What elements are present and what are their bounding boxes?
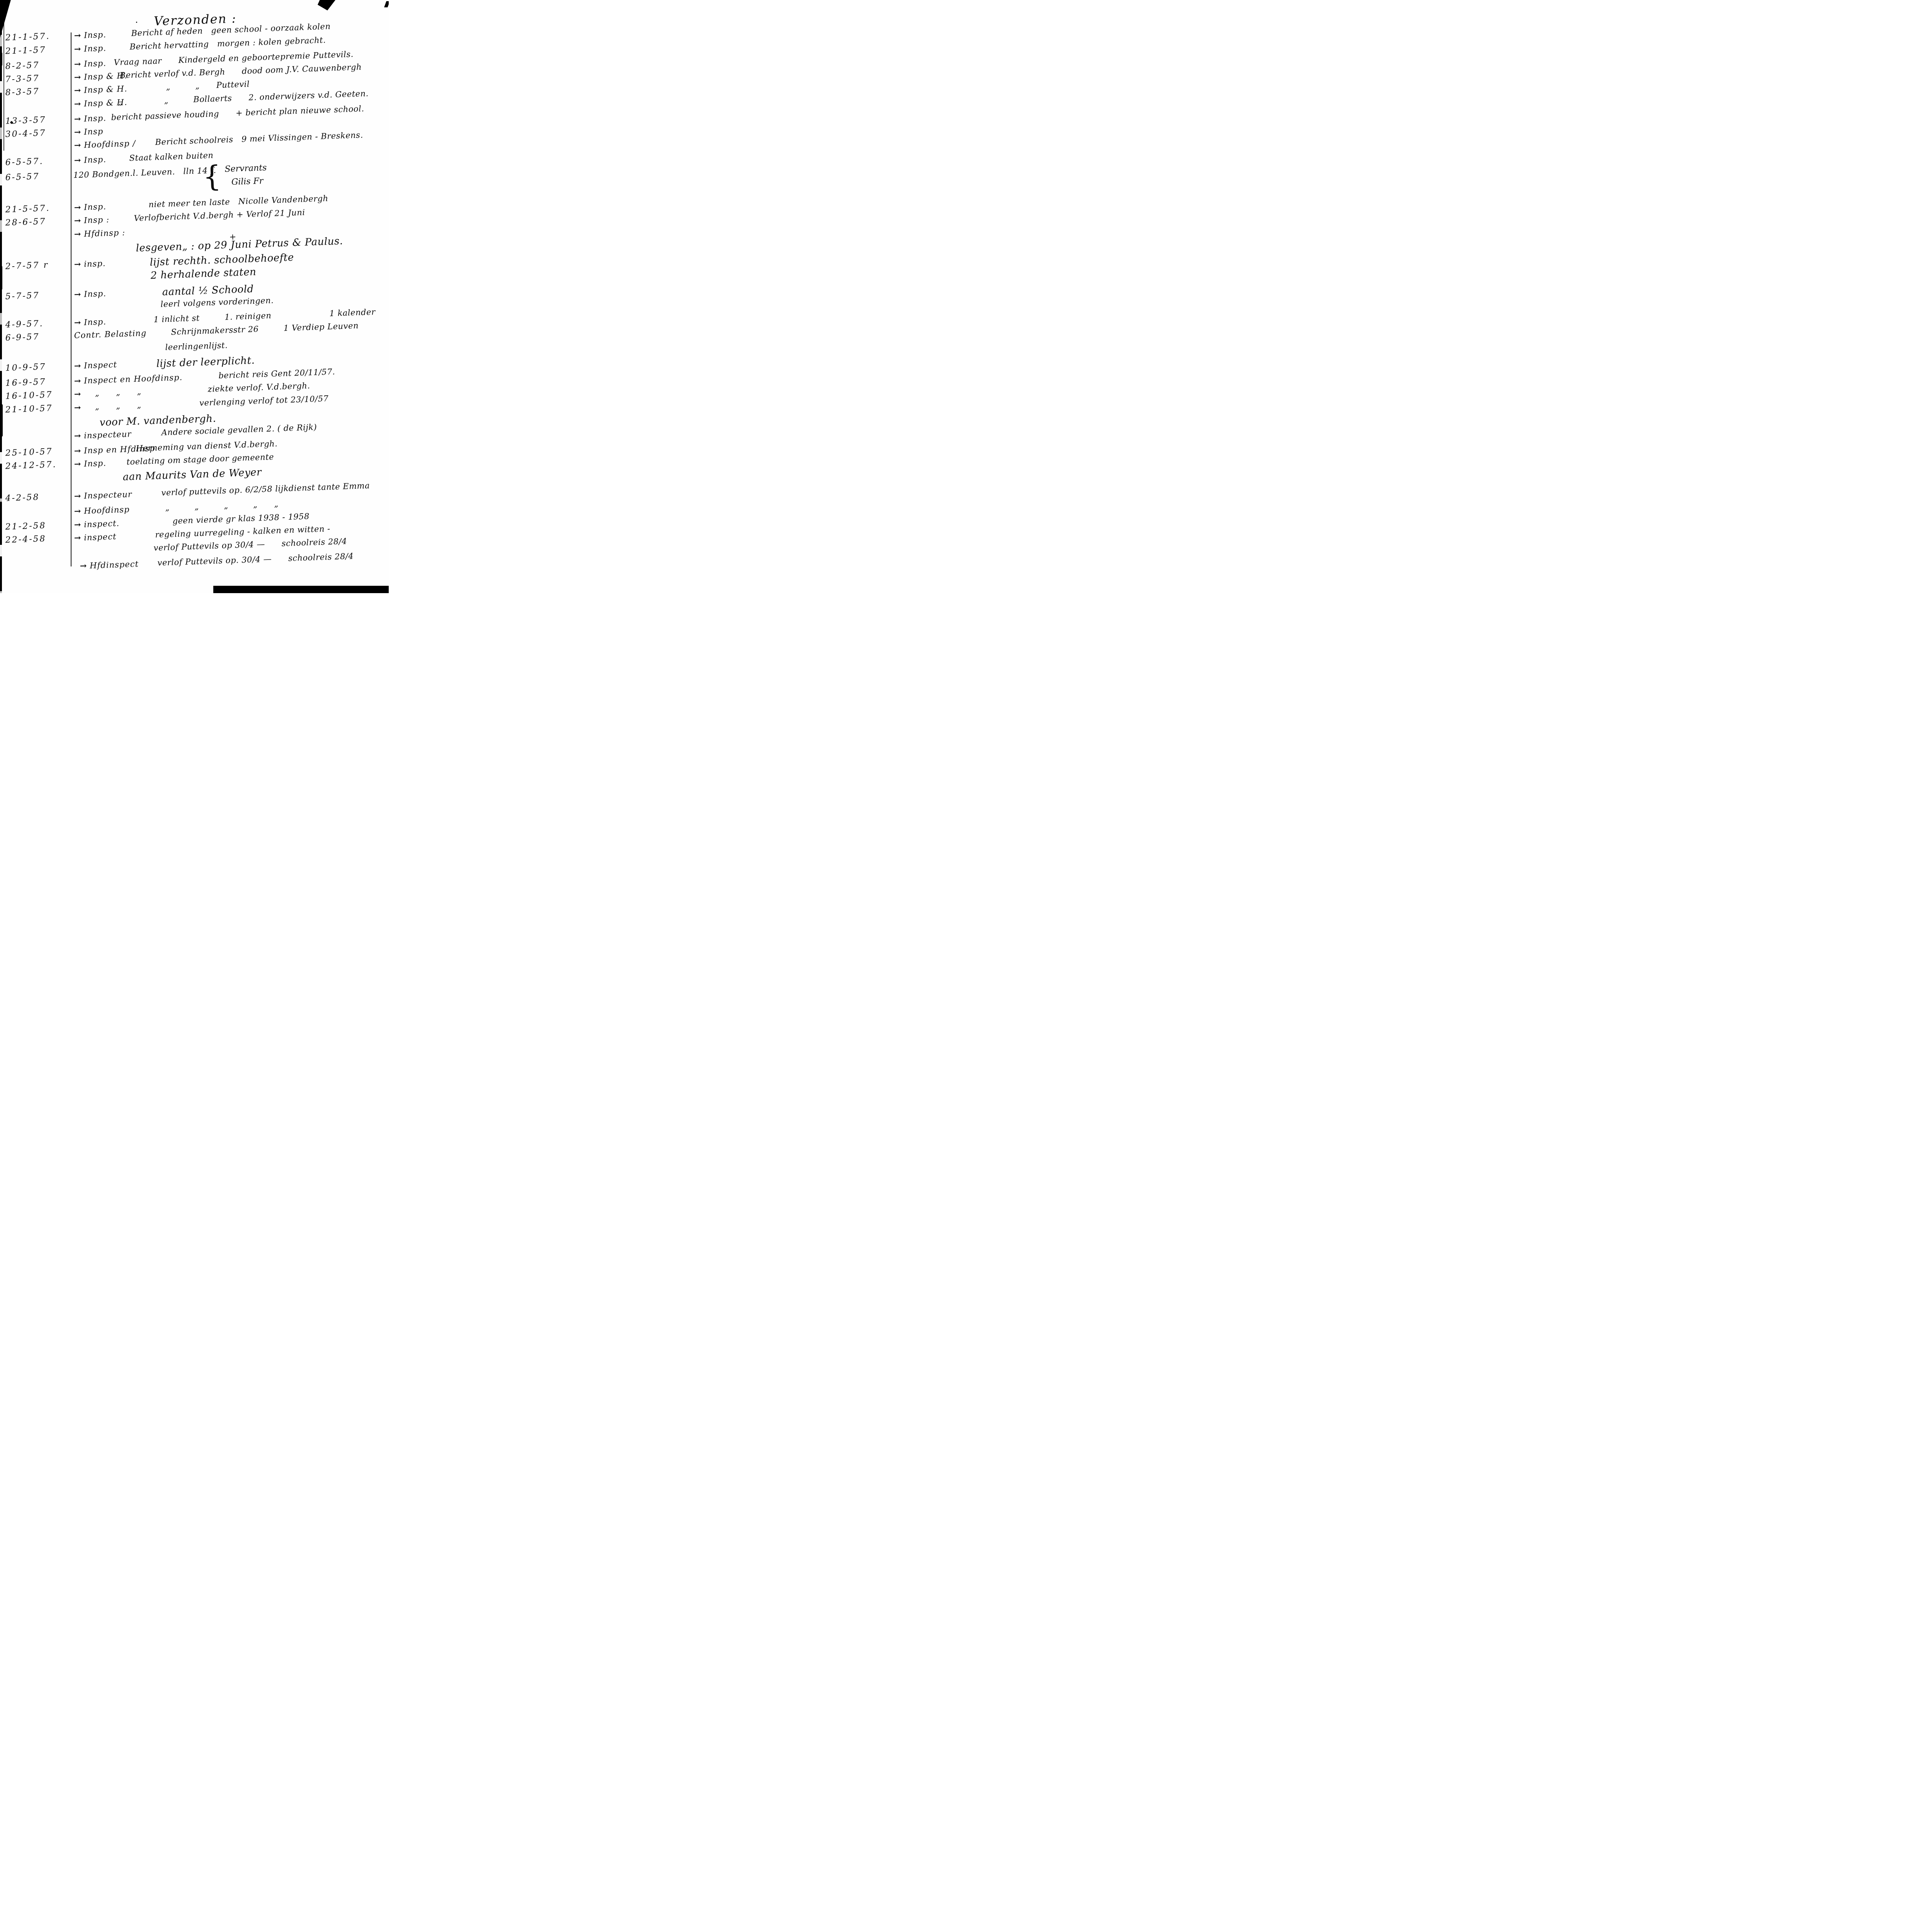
brace-group: {ServrantsGilis Fr: [202, 162, 267, 190]
arrow-icon: →: [74, 259, 81, 269]
entry-date: 5-7-57: [5, 291, 40, 301]
entry-addressee: →Insp.: [74, 58, 106, 69]
entry-date: 30-4-57: [5, 128, 46, 139]
ink-speck: [136, 22, 137, 23]
arrow-icon: →: [74, 114, 81, 124]
entry-date: 21-5-57.: [5, 203, 50, 214]
entry-date: 21-1-57: [5, 45, 46, 56]
arrow-icon: →: [74, 59, 81, 69]
brace-icon: {: [202, 164, 221, 189]
entry-date: 10-9-57: [5, 362, 46, 373]
entry-addressee: →Insp: [74, 126, 103, 137]
brace-name-list: ServrantsGilis Fr: [224, 162, 267, 189]
entry-date: 24-12-57.: [5, 460, 57, 471]
entry-addressee: →Insp.: [74, 43, 106, 54]
entry-date: 7-3-57: [5, 73, 40, 84]
entry-addressee: →Insp.: [74, 154, 106, 165]
entry-text: verlof puttevils op. 6/2/58 lijkdienst t…: [161, 481, 370, 498]
entry-text: lijst der leerplicht.: [156, 355, 255, 370]
entry-text: aantal ½ Schoold: [162, 283, 254, 298]
entry-addressee: →Insp.: [74, 201, 106, 212]
arrow-icon: →: [74, 533, 81, 543]
scan-artifact-top-right-tick: [384, 1, 389, 7]
entry-text: niet meer ten laste Nicolle Vandenbergh: [148, 194, 328, 209]
arrow-icon: →: [74, 318, 81, 328]
entry-addressee: →Insp & H.: [74, 84, 127, 95]
arrow-icon: →: [74, 431, 81, 441]
arrow-icon: →: [74, 389, 81, 399]
entry-date: 8-3-57: [5, 87, 40, 97]
arrow-icon: →: [74, 202, 81, 213]
entry-addressee: →inspecteur: [74, 429, 131, 440]
arrow-icon: →: [74, 289, 81, 299]
entry-addressee: →: [74, 389, 84, 399]
entry-date: 16-10-57: [5, 390, 53, 401]
entry-date: 16-9-57: [5, 377, 46, 388]
arrow-icon: →: [74, 155, 81, 165]
entry-addressee: →Insp.: [74, 316, 106, 327]
entry-addressee: →Insp.: [74, 458, 106, 469]
arrow-icon: →: [74, 31, 81, 41]
arrow-icon: →: [74, 127, 81, 137]
arrow-icon: →: [74, 44, 81, 54]
arrow-icon: →: [74, 520, 81, 530]
entry-text: Staat kalken buiten: [129, 151, 214, 163]
entry-addressee: →Insp :: [74, 214, 109, 225]
brace-name: Servrants: [224, 162, 267, 176]
entry-date: 6-5-57: [5, 172, 40, 182]
entry-date: 22-4-58: [5, 534, 46, 545]
entry-text: leerlingenlijst.: [165, 340, 228, 352]
entry-date: 25-10-57: [5, 447, 53, 458]
arrow-icon: →: [74, 403, 81, 413]
arrow-icon: →: [80, 561, 87, 571]
brace-name: Gilis Fr: [231, 175, 267, 189]
arrow-icon: →: [74, 446, 81, 456]
entry-date: 13-3-57: [5, 115, 46, 126]
entry-addressee: →Hoofdinsp /: [74, 138, 136, 150]
arrow-icon: →: [74, 140, 81, 150]
arrow-icon: →: [74, 361, 81, 371]
entry-date: 6-9-57: [5, 332, 40, 343]
entry-addressee: →: [74, 402, 84, 412]
entry-addressee: →inspect: [74, 531, 117, 543]
entry-addressee: →Insp.: [74, 29, 106, 40]
entry-addressee: →Inspect: [74, 359, 117, 371]
entry-addressee: →Insp.: [74, 288, 106, 299]
entry-date: 8-2-57: [5, 60, 40, 71]
entry-addressee: →Insp.: [74, 113, 106, 124]
entry-date: 2-7-57 r: [5, 260, 49, 272]
entry-date: 4-9-57.: [5, 319, 44, 330]
scanned-register-page: Verzonden : 21-1-57.→Insp.Bericht af hed…: [0, 0, 389, 593]
scan-artifact-bottom-bar: [213, 586, 389, 593]
entry-date: 21-2-58: [5, 521, 46, 532]
entry-date: 28-6-57: [5, 217, 46, 228]
entry-text: voor M. vandenbergh.: [99, 413, 216, 429]
entry-date: 6-5-57.: [5, 156, 44, 167]
entry-addressee: →inspect.: [74, 518, 119, 529]
entry-addressee: →insp.: [74, 258, 106, 269]
arrow-icon: →: [74, 85, 81, 95]
entry-date: 21-10-57: [5, 403, 53, 415]
entry-date: 21-1-57.: [5, 31, 50, 43]
entry-addressee: Contr. Belasting: [74, 328, 146, 340]
arrow-icon: →: [74, 459, 81, 469]
entry-addressee: →Inspecteur: [74, 489, 132, 501]
arrow-icon: →: [74, 72, 81, 82]
entry-addressee: →Hfdinspect: [80, 559, 139, 570]
entry-date: 4-2-58: [5, 492, 40, 503]
entry-addressee: →Hoofdinsp: [74, 504, 130, 516]
arrow-icon: →: [74, 99, 81, 109]
arrow-icon: →: [74, 506, 81, 516]
arrow-icon: →: [74, 491, 81, 501]
arrow-icon: →: [74, 376, 81, 386]
scan-artifact-top-right: [318, 0, 335, 10]
arrow-icon: →: [74, 216, 81, 226]
